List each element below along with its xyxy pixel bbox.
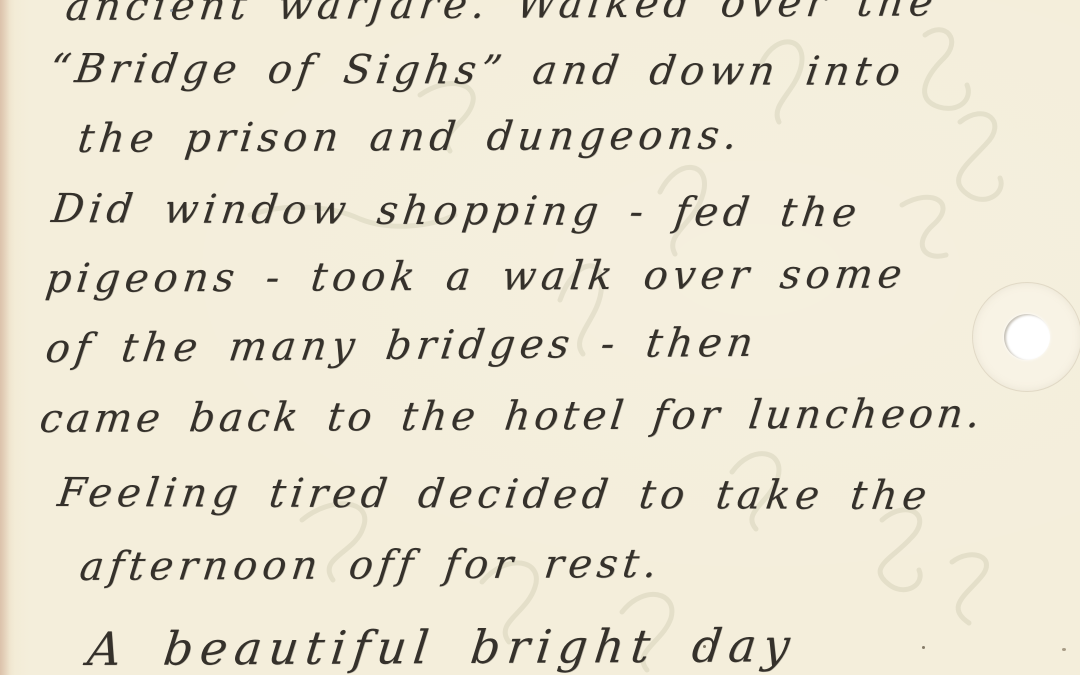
handwriting-line-3: the prison and dungeons.	[75, 113, 744, 162]
handwriting-line-8: Feeling tired decided to take the	[55, 470, 934, 519]
handwriting-line-4: Did window shopping - fed the	[49, 186, 864, 236]
handwriting-line-6: of the many bridges - then	[43, 320, 761, 372]
paper-speck	[1062, 648, 1066, 651]
handwriting-line-10: A beautiful bright day	[85, 618, 800, 675]
paper-speck	[703, 645, 706, 648]
handwriting-line-5: pigeons - took a walk over some	[43, 251, 909, 302]
handwriting-line-9: afternoon off for rest.	[77, 541, 664, 590]
paper-speck	[922, 646, 925, 649]
handwriting-line-2: “Bridge of Sighs” and down into	[47, 46, 908, 95]
paper-speck	[170, 9, 173, 12]
hole-punch	[1004, 314, 1050, 360]
diary-page: ancient warfare. Walked over the “Bridge…	[0, 0, 1080, 675]
handwriting-block: ancient warfare. Walked over the “Bridge…	[0, 0, 1080, 675]
handwriting-line-1: ancient warfare. Walked over the	[63, 0, 940, 30]
handwriting-line-7: came back to the hotel for luncheon.	[37, 391, 986, 442]
